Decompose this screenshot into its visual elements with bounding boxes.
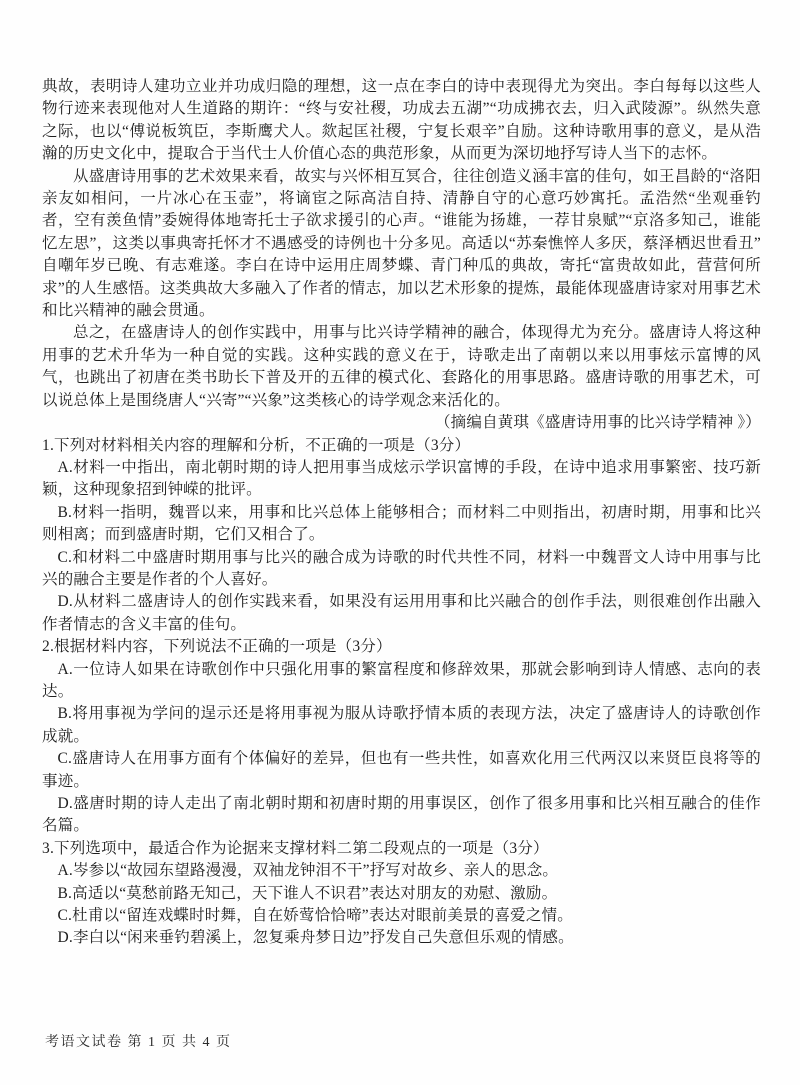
question-3-option-d: D.李白以“闲来垂钓碧溪上，忽复乘舟梦日边”抒发自己失意但乐观的情感。 (42, 927, 761, 949)
question-1-stem: 1.下列对材料相关内容的理解和分析，不正确的一项是（3分） (42, 435, 761, 457)
question-2-option-b: B.将用事视为学问的逞示还是将用事视为服从诗歌抒情本质的表现方法，决定了盛唐诗人… (42, 703, 761, 748)
question-3-option-b: B.高适以“莫愁前路无知己，天下谁人不识君”表达对朋友的劝慰、激励。 (42, 883, 761, 905)
question-3-option-a: A.岑参以“故园东望路漫漫，双袖龙钟泪不干”抒写对故乡、亲人的思念。 (42, 860, 761, 882)
question-1-option-a: A.材料一中指出，南北朝时期的诗人把用事当成炫示学识富博的手段，在诗中追求用事繁… (42, 457, 761, 502)
material-paragraph-continuation: 典故，表明诗人建功立业并功成归隐的理想，这一点在李白的诗中表现得尤为突出。李白每… (42, 76, 761, 166)
question-1-option-b: B.材料一指明，魏晋以来，用事和比兴总体上能够相合；而材料二中则指出，初唐时期，… (42, 502, 761, 547)
question-1-option-c: C.和材料二中盛唐时期用事与比兴的融合成为诗歌的时代共性不同，材料一中魏晋文人诗… (42, 547, 761, 592)
question-1: 1.下列对材料相关内容的理解和分析，不正确的一项是（3分） A.材料一中指出，南… (42, 435, 761, 637)
question-3-stem: 3.下列选项中，最适合作为论据来支撑材料二第二段观点的一项是（3分） (42, 838, 761, 860)
question-1-option-d: D.从材料二盛唐诗人的创作实践来看，如果没有运用用事和比兴融合的创作手法，则很难… (42, 591, 761, 636)
material-paragraph-3: 总之，在盛唐诗人的创作实践中，用事与比兴诗学精神的融合，体现得尤为充分。盛唐诗人… (42, 322, 761, 412)
exam-paper-page: 典故，表明诗人建功立业并功成归隐的理想，这一点在李白的诗中表现得尤为突出。李白每… (0, 0, 800, 1085)
exam-content: 典故，表明诗人建功立业并功成归隐的理想，这一点在李白的诗中表现得尤为突出。李白每… (42, 76, 761, 950)
question-2-stem: 2.根据材料内容，下列说法不正确的一项是（3分） (42, 636, 761, 658)
question-3-option-c: C.杜甫以“留连戏蝶时时舞，自在娇莺恰恰啼”表达对眼前美景的喜爱之情。 (42, 905, 761, 927)
question-2-option-d: D.盛唐时期的诗人走出了南北朝时期和初唐时期的用事误区，创作了很多用事和比兴相互… (42, 793, 761, 838)
question-2-option-a: A.一位诗人如果在诗歌创作中只强化用事的繁富程度和修辞效果，那就会影响到诗人情感… (42, 659, 761, 704)
page-footer: 考语文试卷 第 1 页 共 4 页 (45, 1031, 232, 1051)
source-attribution: （摘编自黄琪《盛唐诗用事的比兴诗学精神 》） (42, 412, 761, 434)
question-2: 2.根据材料内容，下列说法不正确的一项是（3分） A.一位诗人如果在诗歌创作中只… (42, 636, 761, 838)
question-2-option-c: C.盛唐诗人在用事方面有个体偏好的差异，但也有一些共性，如喜欢化用三代两汉以来贤… (42, 748, 761, 793)
question-3: 3.下列选项中，最适合作为论据来支撑材料二第二段观点的一项是（3分） A.岑参以… (42, 838, 761, 950)
material-paragraph-2: 从盛唐诗用事的艺术效果来看，故实与兴怀相互冥合，往往创造义涵丰富的佳句，如王昌龄… (42, 166, 761, 323)
